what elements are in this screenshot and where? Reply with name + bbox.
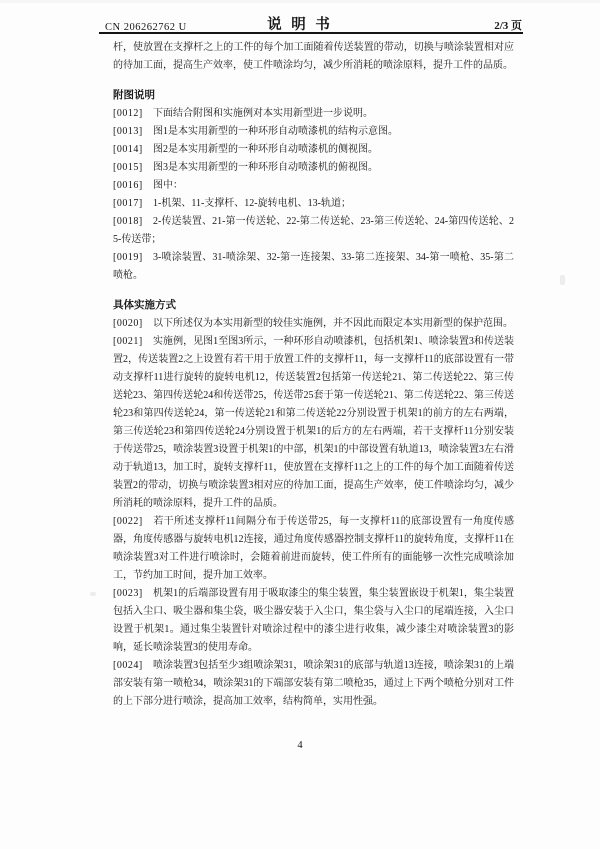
numbered-paragraph: [0013]图1是本实用新型的一种环形自动喷漆机的结构示意图。 (113, 123, 514, 141)
numbered-paragraph: [0016]图中： (113, 177, 514, 195)
paragraph-number: [0015] (113, 159, 153, 177)
header-divider (99, 32, 523, 34)
numbered-paragraph: [0023]机架1的后端部设置有用于吸取漆尘的集尘装置，集尘装置嵌设于机架1，集… (113, 585, 514, 657)
numbered-paragraph: [0014]图2是本实用新型的一种环形自动喷漆机的侧视图。 (113, 141, 514, 159)
scan-artifact (0, 0, 600, 3)
paragraph-number: [0017] (113, 195, 153, 213)
numbered-paragraph: [0024]喷涂装置3包括至少3组喷涂架31，喷涂架31的底部与轨道13连接，喷… (113, 657, 514, 711)
paragraph-text: 图中： (153, 180, 183, 191)
paragraph-number: [0013] (113, 123, 153, 141)
paragraph-number: [0019] (113, 249, 153, 267)
paragraph-text: 图3是本实用新型的一种环形自动喷漆机的俯视图。 (153, 162, 378, 173)
numbered-paragraph: [0018]2-传送装置、21-第一传送轮、22-第二传送轮、23-第三传送轮、… (113, 213, 514, 249)
page-header: CN 206262762 U 说 明 书 2/3 页 (0, 13, 600, 33)
page-footer: 4 (0, 740, 600, 751)
paragraph-text: 下面结合附图和实施例对本实用新型进一步说明。 (153, 108, 373, 119)
numbered-paragraph: [0012]下面结合附图和实施例对本实用新型进一步说明。 (113, 105, 514, 123)
paragraph-text: 若干所述支撑杆11间隔分布于传送带25，每一支撑杆11的底部设置有一角度传感器，… (113, 516, 514, 581)
section-heading: 附图说明 (113, 86, 514, 105)
paragraph-number: [0022] (113, 513, 153, 531)
paragraph-text: 1-机架、11-支撑杆、12-旋转电机、13-轨道； (153, 198, 351, 209)
paragraph-text: 2-传送装置、21-第一传送轮、22-第二传送轮、23-第三传送轮、24-第四传… (113, 216, 514, 245)
scan-artifact (90, 592, 96, 596)
section-paragraphs: [0012]下面结合附图和实施例对本实用新型进一步说明。 [0013]图1是本实… (113, 105, 514, 285)
page-indicator: 2/3 页 (494, 17, 522, 33)
paragraph-number: [0014] (113, 141, 153, 159)
section-heading: 具体实施方式 (113, 296, 514, 315)
section: 附图说明 [0012]下面结合附图和实施例对本实用新型进一步说明。 [0013]… (113, 86, 514, 285)
paragraph-text: 图1是本实用新型的一种环形自动喷漆机的结构示意图。 (153, 126, 398, 137)
numbered-paragraph: [0017]1-机架、11-支撑杆、12-旋转电机、13-轨道； (113, 195, 514, 213)
paragraph-number: [0012] (113, 105, 153, 123)
section: 具体实施方式 [0020]以下所述仅为本实用新型的较佳实施例，并不因此而限定本实… (113, 296, 514, 711)
paragraph-number: [0023] (113, 585, 153, 603)
paragraph-number: [0024] (113, 657, 153, 675)
numbered-paragraph: [0015]图3是本实用新型的一种环形自动喷漆机的俯视图。 (113, 159, 514, 177)
paragraph-text: 图2是本实用新型的一种环形自动喷漆机的侧视图。 (153, 144, 378, 155)
paragraph-number: [0016] (113, 177, 153, 195)
paragraph-text: 机架1的后端部设置有用于吸取漆尘的集尘装置，集尘装置嵌设于机架1，集尘装置包括入… (113, 588, 514, 653)
paragraph-number: [0021] (113, 333, 153, 351)
section-paragraphs: [0020]以下所述仅为本实用新型的较佳实施例，并不因此而限定本实用新型的保护范… (113, 315, 514, 711)
paragraph-text: 实施例，见图1至图3所示，一种环形自动喷漆机，包括机架1、喷涂装置3和传送装置2… (113, 336, 514, 509)
numbered-paragraph: [0019]3-喷涂装置、31-喷涂架、32-第一连接架、33-第二连接架、34… (113, 249, 514, 285)
paragraph-text: 喷涂装置3包括至少3组喷涂架31，喷涂架31的底部与轨道13连接，喷涂架31的上… (113, 660, 514, 707)
numbered-paragraph: [0020]以下所述仅为本实用新型的较佳实施例，并不因此而限定本实用新型的保护范… (113, 315, 514, 333)
paragraph-number: [0020] (113, 315, 153, 333)
paragraph-text: 以下所述仅为本实用新型的较佳实施例，并不因此而限定本实用新型的保护范围。 (153, 318, 513, 329)
numbered-paragraph: [0021]实施例，见图1至图3所示，一种环形自动喷漆机，包括机架1、喷涂装置3… (113, 333, 514, 513)
sections: 附图说明 [0012]下面结合附图和实施例对本实用新型进一步说明。 [0013]… (113, 86, 514, 711)
paragraph-number: [0018] (113, 213, 153, 231)
scan-artifact (560, 275, 565, 285)
paragraph-text: 3-喷涂装置、31-喷涂架、32-第一连接架、33-第二连接架、34-第一喷枪、… (113, 252, 514, 281)
continued-paragraph: 杆，使放置在支撑杆之上的工件的每个加工面随着传送装置的带动，切换与喷涂装置相对应… (113, 39, 514, 75)
page-number: 4 (297, 740, 302, 751)
patent-specification-page: CN 206262762 U 说 明 书 2/3 页 杆，使放置在支撑杆之上的工… (0, 0, 600, 849)
numbered-paragraph: [0022]若干所述支撑杆11间隔分布于传送带25，每一支撑杆11的底部设置有一… (113, 513, 514, 585)
document-body: 杆，使放置在支撑杆之上的工件的每个加工面随着传送装置的带动，切换与喷涂装置相对应… (113, 39, 514, 711)
